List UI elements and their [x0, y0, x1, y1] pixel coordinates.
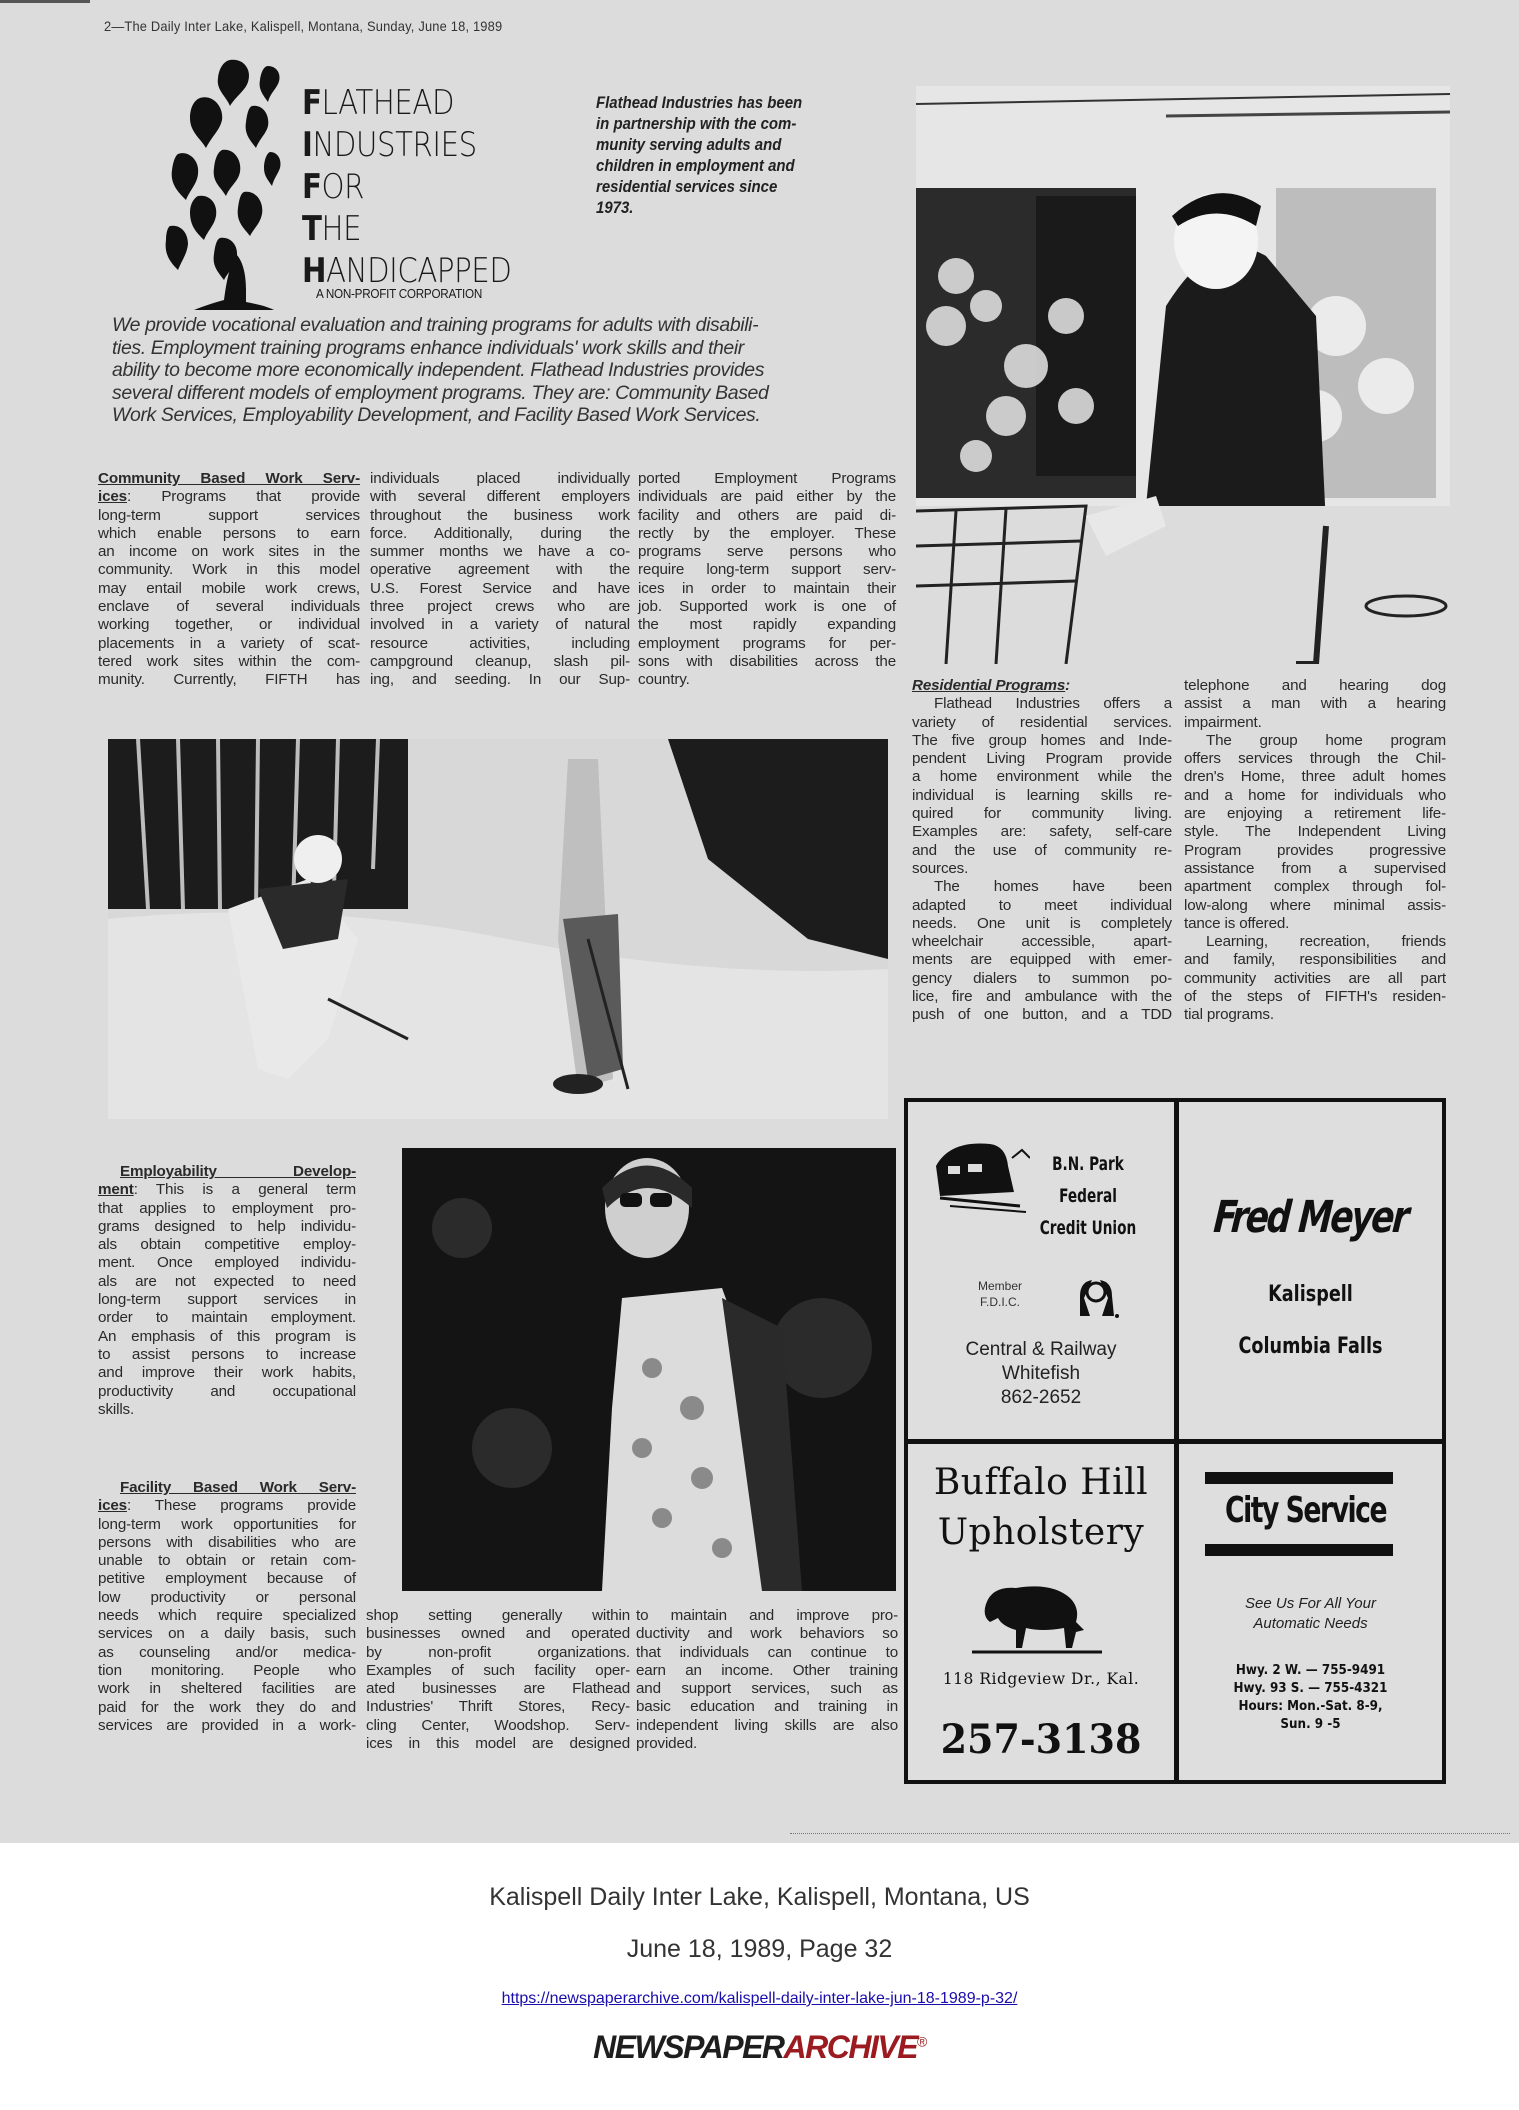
- facility-services-col-1: Facility Based Work Serv- ices: These pr…: [98, 1479, 356, 1735]
- archive-footer: Kalispell Daily Inter Lake, Kalispell, M…: [0, 1843, 1519, 2110]
- photo-forest-work-crew: [108, 739, 888, 1119]
- logo-line-flathead: FLATHEAD: [302, 82, 511, 124]
- community-services-col-3: ported Employment Programs individuals a…: [638, 470, 896, 690]
- fred-meyer-location: Columbia Falls: [1205, 1334, 1415, 1359]
- credit-union-hands-icon: [1076, 1276, 1120, 1320]
- city-service-bar-bottom: [1205, 1544, 1393, 1556]
- advertisement-grid: B.N. Park Federal Credit Union Member F.…: [904, 1098, 1446, 1784]
- buffalo-icon: [972, 1582, 1102, 1656]
- ad-bn-park-credit-union: B.N. Park Federal Credit Union Member F.…: [908, 1102, 1174, 1439]
- community-services-col-1: Community Based Work Serv- ices: Program…: [98, 470, 360, 690]
- publication-date-page: June 18, 1989, Page 32: [0, 1935, 1519, 1964]
- newspaperarchive-logo: NEWSPAPERARCHIVE®: [0, 2029, 1519, 2066]
- ad-city-service: City Service See Us For All Your Automat…: [1179, 1444, 1442, 1780]
- photo-woman-with-glasses: [402, 1148, 896, 1591]
- ad-fred-meyer: Fred Meyer Kalispell Columbia Falls: [1179, 1102, 1442, 1439]
- residential-heading: Residential Programs: [912, 677, 1065, 694]
- logo-line-for: FOR: [302, 166, 511, 208]
- facility-services-col-3: to maintain and improve pro- ductivity a…: [636, 1607, 898, 1753]
- buffalo-hill-address: 118 Ridgeview Dr., Kal.: [908, 1670, 1174, 1688]
- logo-wordmark: FLATHEAD INDUSTRIES FOR THE HANDICAPPED: [302, 82, 546, 292]
- employability-section: Employability Develop- ment: This is a g…: [98, 1163, 356, 1419]
- city-service-contact-hours: Hwy. 2 W. — 755-9491 Hwy. 93 S. — 755-43…: [1190, 1662, 1432, 1734]
- community-services-col-2: individuals placed individually with sev…: [370, 470, 630, 690]
- archive-url-link[interactable]: https://newspaperarchive.com/kalispell-d…: [0, 1990, 1519, 2008]
- scan-edge-mark: [0, 0, 90, 3]
- fred-meyer-logo: Fred Meyer: [1206, 1192, 1415, 1243]
- residential-col-1: Residential Programs: Flathead Industrie…: [912, 677, 1172, 1025]
- ad-buffalo-hill-upholstery: Buffalo Hill Upholstery 118 Ridgeview Dr…: [908, 1444, 1174, 1780]
- residential-col-2: telephone and hearing dog assist a man w…: [1184, 677, 1446, 1025]
- employability-heading: Employability Develop-: [120, 1163, 356, 1180]
- locomotive-icon: [930, 1136, 1030, 1216]
- buffalo-hill-name: Buffalo Hill Upholstery: [908, 1458, 1174, 1558]
- newspaper-scan: 2—The Daily Inter Lake, Kalispell, Monta…: [0, 0, 1519, 1843]
- intro-paragraph: We provide vocational evaluation and tra…: [112, 314, 892, 427]
- facility-heading: Facility Based Work Serv-: [120, 1479, 356, 1496]
- city-service-tagline: See Us For All Your Automatic Needs: [1179, 1594, 1442, 1634]
- logo-subtitle: A NON-PROFIT CORPORATION: [316, 286, 482, 301]
- logo-line-the: THE: [302, 208, 511, 250]
- fred-meyer-location: Kalispell: [1205, 1282, 1415, 1307]
- logo-line-industries: INDUSTRIES: [302, 124, 511, 166]
- fdic-member-label: Member F.D.I.C.: [978, 1278, 1022, 1310]
- buffalo-hill-phone: 257-3138: [915, 1716, 1168, 1763]
- partnership-blurb: Flathead Industries has been in partners…: [596, 92, 827, 218]
- city-service-bar-top: [1205, 1472, 1393, 1484]
- facility-services-col-2: shop setting generally within businesses…: [366, 1607, 630, 1753]
- tree-logo-icon: [160, 58, 310, 310]
- page-folio: 2—The Daily Inter Lake, Kalispell, Monta…: [104, 18, 502, 34]
- photo-shopper-with-cart: [916, 86, 1450, 664]
- bn-park-name: B.N. Park Federal Credit Union: [1038, 1148, 1139, 1244]
- publication-name: Kalispell Daily Inter Lake, Kalispell, M…: [0, 1883, 1519, 1912]
- scan-edge-noise: [790, 1833, 1510, 1837]
- city-service-logo: City Service: [1225, 1490, 1373, 1531]
- community-heading: Community Based Work Serv-: [98, 470, 360, 487]
- bn-park-address: Central & Railway Whitefish 862-2652: [908, 1338, 1174, 1410]
